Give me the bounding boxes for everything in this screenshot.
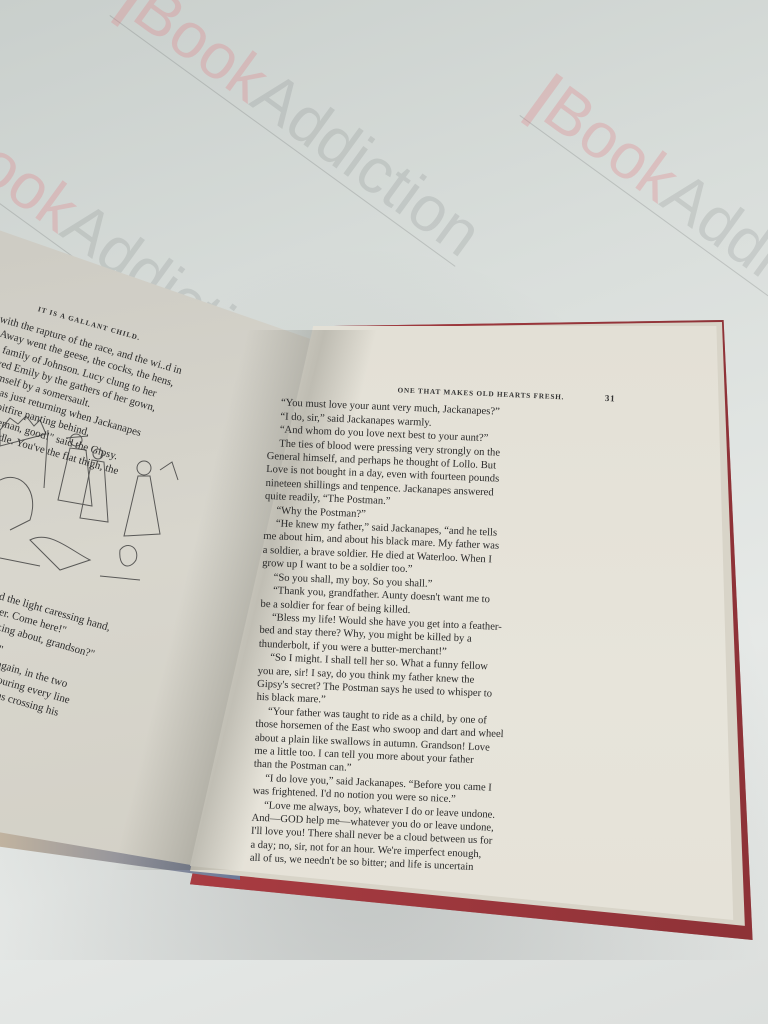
engraving-illustration <box>0 410 190 590</box>
page-number: 31 <box>605 392 616 406</box>
watermark-underline <box>109 15 455 267</box>
book-photo: |BookAddiction |BookAddiction |BookAddic… <box>0 0 768 1024</box>
right-page-text: ONE THAT MAKES OLD HEARTS FRESH. 31 “You… <box>250 378 620 880</box>
right-page-lines: “You must love your aunt very much, Jack… <box>250 396 619 879</box>
watermark: |BookAddiction <box>109 0 495 267</box>
